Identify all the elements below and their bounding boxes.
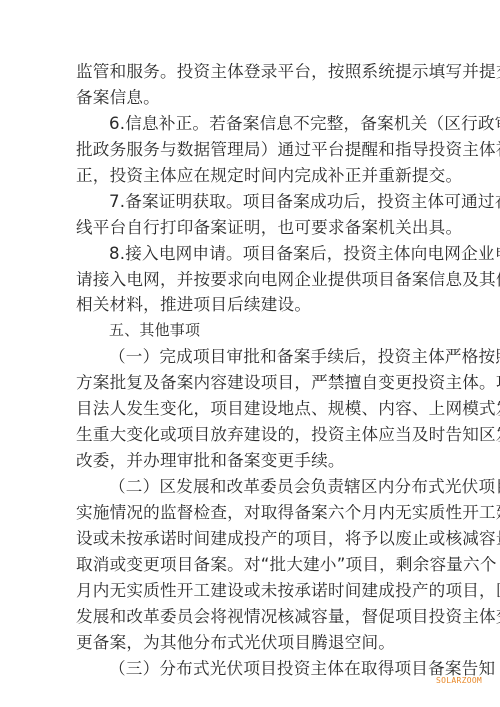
text-line-14: 目法人发生变化，项目建设地点、规模、内容、上网模式发 bbox=[76, 396, 426, 422]
text-line-15: 生重大变化或项目放弃建设的，投资主体应当及时告知区发 bbox=[76, 422, 426, 448]
solarzoom-watermark: SOLARZOOM bbox=[436, 676, 482, 685]
paragraph-6-start: 6.信息补正。若备案信息不完整，备案机关（区行政审 bbox=[76, 111, 426, 137]
text-line-20: 取消或变更项目备案。对“批大建小”项目，剩余容量六个 bbox=[76, 552, 426, 578]
clause-3-start: （三）分布式光伏项目投资主体在取得项目备案告知 bbox=[76, 656, 426, 682]
text-line-16: 改委，并办理审批和备案变更手续。 bbox=[76, 448, 426, 474]
text-line-7: 线平台自行打印备案证明，也可要求备案机关出具。 bbox=[76, 215, 426, 241]
text-line-9: 请接入电网，并按要求向电网企业提供项目备案信息及其他 bbox=[76, 267, 426, 293]
text-line-4: 批政务服务与数据管理局）通过平台提醒和指导投资主体补 bbox=[76, 137, 426, 163]
text-line-22: 发展和改革委员会将视情况核减容量，督促项目投资主体变 bbox=[76, 604, 426, 630]
text-line-23: 更备案，为其他分布式光伏项目腾退空间。 bbox=[76, 630, 426, 656]
paragraph-8-start: 8.接入电网申请。项目备案后，投资主体向电网企业申 bbox=[76, 241, 426, 267]
text-line-19: 设或未按承诺时间建成投产的项目，将予以废止或核减容量， bbox=[76, 526, 426, 552]
document-page: 监管和服务。投资主体登录平台，按照系统提示填写并提交 备案信息。 6.信息补正。… bbox=[76, 59, 426, 682]
section-heading-other-matters: 五、其他事项 bbox=[76, 318, 426, 344]
clause-1-start: （一）完成项目审批和备案手续后，投资主体严格按照 bbox=[76, 344, 426, 370]
clause-2-start: （二）区发展和改革委员会负责辖区内分布式光伏项目 bbox=[76, 474, 426, 500]
text-line-10: 相关材料，推进项目后续建设。 bbox=[76, 292, 426, 318]
text-line-13: 方案批复及备案内容建设项目，严禁擅自变更投资主体。项 bbox=[76, 370, 426, 396]
text-line-1: 监管和服务。投资主体登录平台，按照系统提示填写并提交 bbox=[76, 59, 426, 85]
text-line-21: 月内无实质性开工建设或未按承诺时间建成投产的项目，区 bbox=[76, 578, 426, 604]
paragraph-7-start: 7.备案证明获取。项目备案成功后，投资主体可通过在 bbox=[76, 189, 426, 215]
text-line-18: 实施情况的监督检查，对取得备案六个月内无实质性开工建 bbox=[76, 500, 426, 526]
text-line-2: 备案信息。 bbox=[76, 85, 426, 111]
text-line-5: 正，投资主体应在规定时间内完成补正并重新提交。 bbox=[76, 163, 426, 189]
